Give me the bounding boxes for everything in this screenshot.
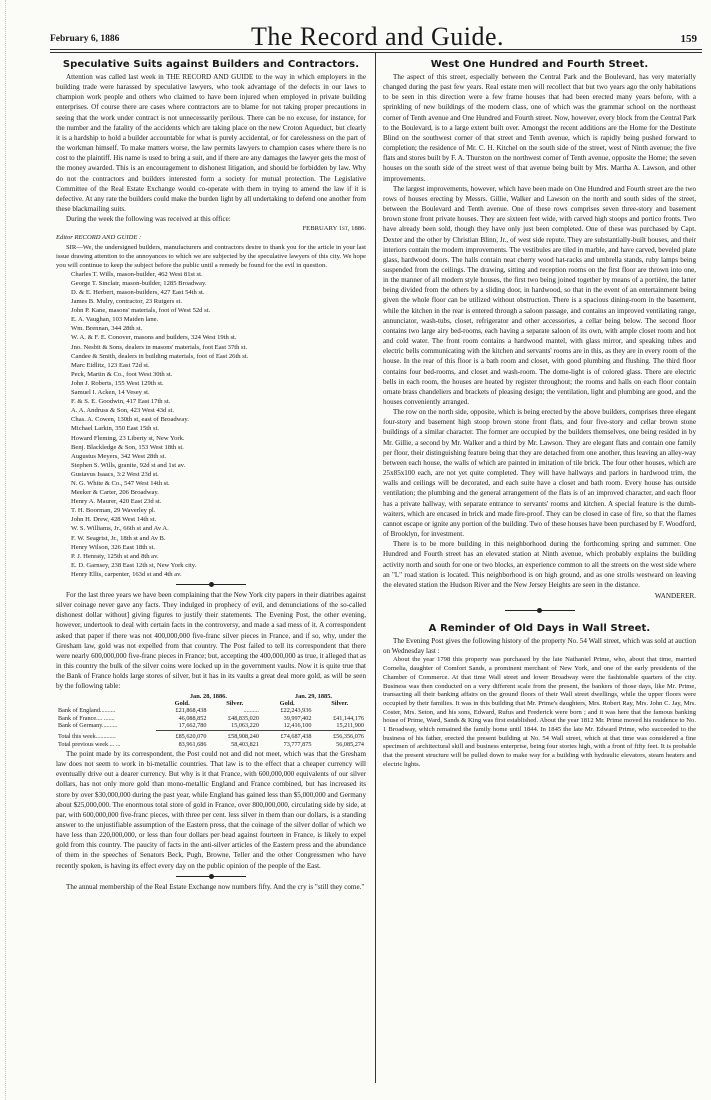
article-paragraph: For the last three years we have been co… [56,590,366,692]
column-divider [375,53,376,1083]
article-paragraph: The Evening Post gives the following his… [383,636,696,656]
signer: W. S. Williams, Jr., 66th st and Av A. [71,524,366,533]
signer: T. H. Boorman, 29 Waverley pl. [71,506,366,515]
signer: James B. Mulry, contractor, 23 Rutgers s… [71,297,366,306]
signer: Henry A. Maurer, 420 East 23d st. [71,497,366,506]
article-silver-coinage: For the last three years we have been co… [56,590,366,871]
signer: John J. Roberts, 155 West 129th st. [71,379,366,388]
signer: Wm. Brennan, 344 28th st. [71,324,366,333]
article-headline: West One Hundred and Fourth Street. [383,58,696,71]
table-total-row: Total previous week ... ... 83,961,686 5… [56,741,366,748]
signer: John P. Kane, masons' materials, foot of… [71,306,366,315]
signer: Jno. Nesbit & Sons, dealers in masons' m… [71,343,366,352]
article-paragraph: The point made by its correspondent, the… [56,749,366,871]
article-paragraph: There is to be more building in this nei… [383,539,696,590]
signer: Chas. A. Cowen, 130th st, east of Broadw… [71,415,366,424]
column-header: Silver. [208,700,261,707]
article-exchange-membership: The annual membership of the Real Estate… [56,882,366,892]
masthead-rule-bottom [50,52,702,53]
page-number: 159 [681,33,698,45]
article-paragraph: The largest improvements, however, which… [383,184,696,407]
table-row: Bank of France.... ....... 46,088,852 £4… [56,715,366,722]
signer: Gustavus Isaacs, 3:2 West 23d st. [71,470,366,479]
table-period-row: Jan. 28, 1886. Jan. 29, 1885. [56,693,366,700]
period-header: Jan. 29, 1885. [261,693,366,700]
table-row: Bank of Germany.......... 17,662,780 15,… [56,722,366,730]
section-ornament [383,605,696,616]
section-ornament [56,579,366,590]
signer: Samuel I. Acken, 14 Vesey st. [71,388,366,397]
column-header: Gold. [261,700,314,707]
article-headline: A Reminder of Old Days in Wall Street. [383,622,696,635]
signer: Meeker & Carter, 206 Broadway. [71,488,366,497]
publication-title: The Record and Guide. [50,22,705,52]
signer: Marc Eidlitz, 123 East 72d st. [71,361,366,370]
article-paragraph: Attention was called last week in THE RE… [56,72,366,214]
column-header: Gold. [156,700,209,707]
signer: F. W. Seagrist, Jr., 18th st and Av B. [71,534,366,543]
article-paragraph: About the year 1798 this property was pu… [383,656,696,769]
signer: George T. Sinclair, mason-builder, 1285 … [71,279,366,288]
signer: Benj. Blackledge & Son, 153 West 18th st… [71,443,366,452]
table-row: Bank of England.......... £21,868,438 ..… [56,707,366,714]
article-speculative-suits: Speculative Suits against Builders and C… [56,58,366,579]
article-wall-street: A Reminder of Old Days in Wall Street. T… [383,622,696,769]
signer: A. A. Andruss & Son, 423 West 43d st. [71,406,366,415]
signer: Peck, Martin & Co., foot West 30th st. [71,370,366,379]
article-paragraph: The annual membership of the Real Estate… [56,882,366,892]
signer: W. A. & F. E. Conover, masons and builde… [71,333,366,342]
table-total-row: Total this week............. £85,620,070… [56,733,366,740]
article-west-104th-street: West One Hundred and Fourth Street. The … [383,58,696,601]
masthead-rule-top [50,49,702,50]
signer: D. & E. Herbert, mason-builders, 427 Eas… [71,288,366,297]
article-paragraph: During the week the following was receiv… [56,214,366,224]
period-header: Jan. 28, 1886. [156,693,261,700]
author-signature: WANDERER. [383,591,696,601]
article-paragraph: The row on the north side, opposite, whi… [383,407,696,539]
signer: John H. Drew, 428 West 14th st. [71,515,366,524]
masthead: February 6, 1886 The Record and Guide. 1… [50,18,705,50]
letter-salutation: Editor RECORD AND GUIDE : [56,233,366,242]
signer: F. & S. E. Goodwin, 417 East 17th st. [71,397,366,406]
left-column: Speculative Suits against Builders and C… [56,58,366,892]
article-paragraph: The aspect of this street, especially be… [383,72,696,184]
bank-reserves-table: Jan. 28, 1886. Jan. 29, 1885. Gold. Silv… [56,693,366,748]
signer: P. J. Henraty, 125th st and 8th av. [71,552,366,561]
signer: Michael Larkin, 350 East 15th st. [71,424,366,433]
signer: N. G. White & Co., 547 West 14th st. [71,479,366,488]
section-ornament [56,871,366,882]
signer: E. D. Garnsey, 238 East 12th st, New Yor… [71,561,366,570]
article-headline: Speculative Suits against Builders and C… [56,58,366,71]
signer: Henry Wilson, 326 East 18th st. [71,543,366,552]
signer: Stephen S. Wills, granite, 92d st and 1s… [71,461,366,470]
signer-list: Charles T. Wills, mason-builder, 462 Wes… [71,270,366,579]
signer: Henry Ellis, carpenter, 163d st and 4th … [71,570,366,579]
letter-date: FEBRUARY 1st, 1886. [56,224,366,233]
column-header: Silver. [313,700,366,707]
signer: E. A. Vaughan, 103 Maiden lane. [71,315,366,324]
letter-body: SIR—We, the undersigned builders, manufa… [56,243,366,270]
signer: Candee & Smith, dealers in building mate… [71,352,366,361]
right-column: West One Hundred and Fourth Street. The … [383,58,696,770]
signer: Augustus Meyers, 342 West 28th st. [71,452,366,461]
signer: Charles T. Wills, mason-builder, 462 Wes… [71,270,366,279]
newspaper-page: February 6, 1886 The Record and Guide. 1… [0,0,711,1100]
scan-edge [0,0,6,1100]
signer: Howard Fleming, 23 Liberty st, New York. [71,434,366,443]
table-header-row: Gold. Silver. Gold. Silver. [56,700,366,707]
